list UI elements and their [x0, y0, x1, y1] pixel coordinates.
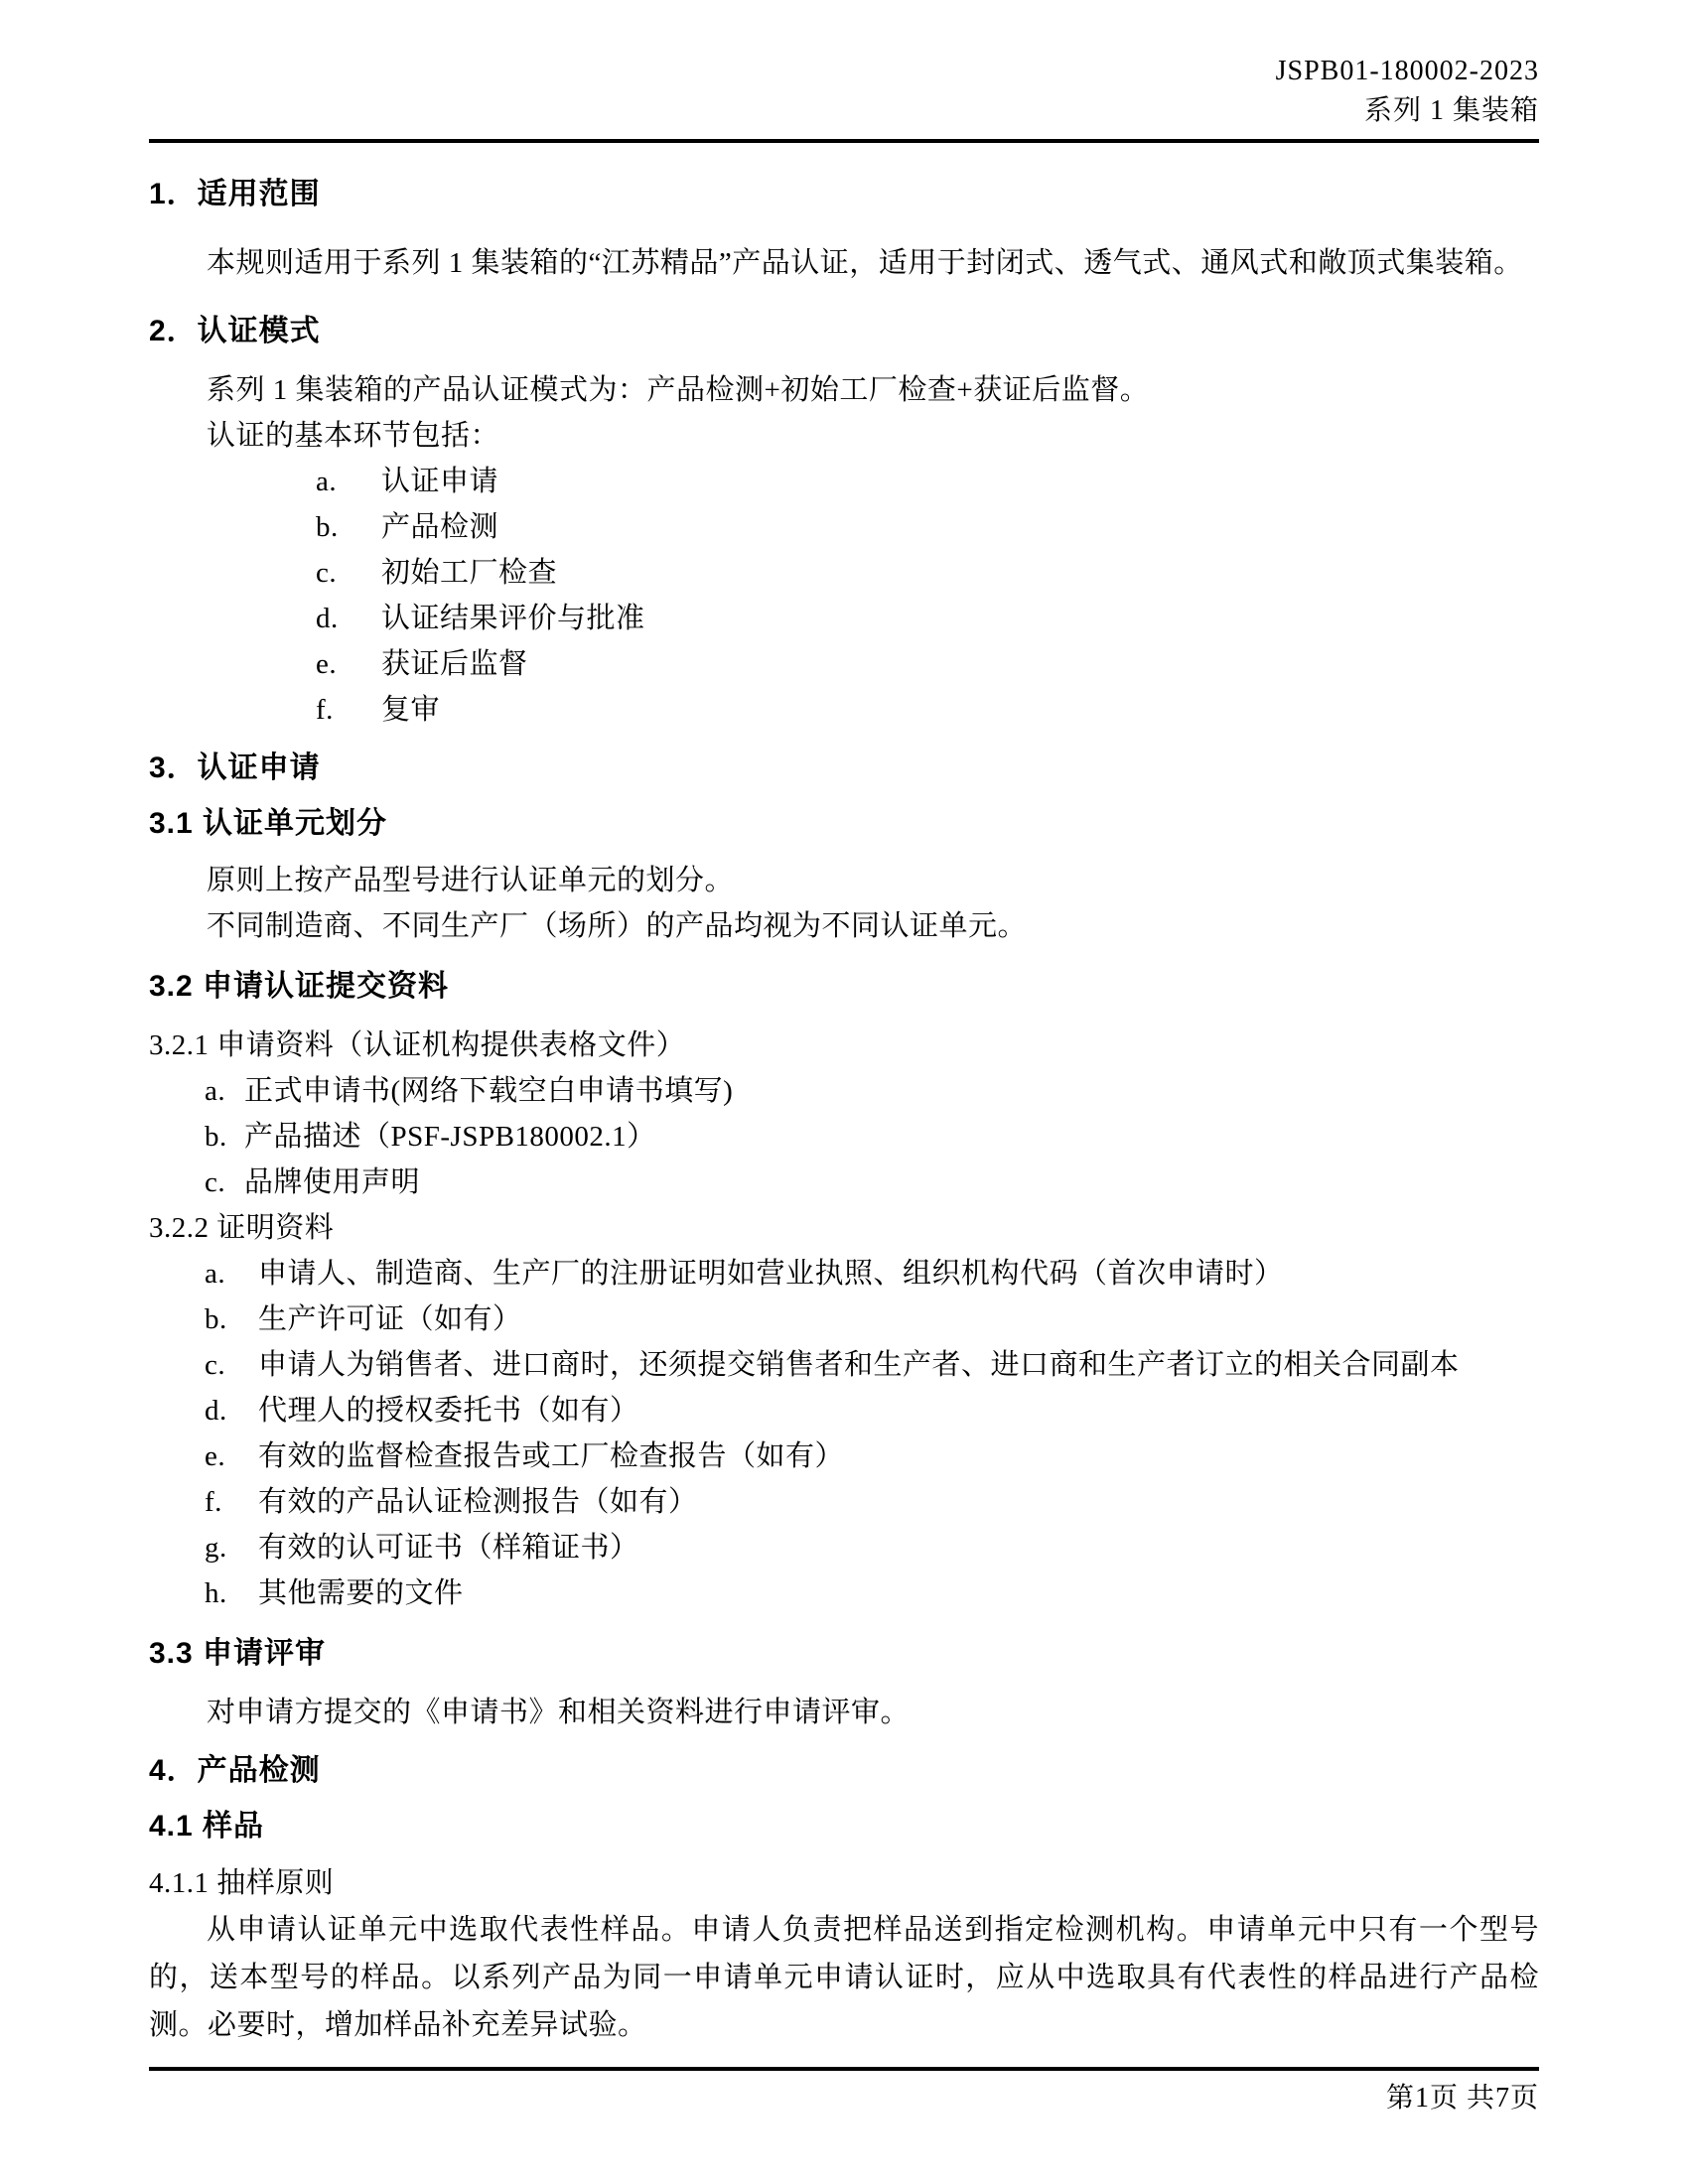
item-letter: a. — [205, 1068, 244, 1114]
section-3-3-heading: 3.3 申请评审 — [149, 1634, 1539, 1674]
list-item: c. 申请人为销售者、进口商时，还须提交销售者和生产者、进口商和生产者订立的相关… — [205, 1342, 1539, 1388]
item-letter: f. — [316, 687, 381, 733]
application-docs-list: a. 正式申请书(网络下载空白申请书填写) b. 产品描述（PSF-JSPB18… — [149, 1068, 1539, 1205]
item-letter: b. — [205, 1114, 244, 1160]
list-item: e. 有效的监督检查报告或工厂检查报告（如有） — [205, 1433, 1539, 1479]
item-text: 有效的产品认证检测报告（如有） — [258, 1479, 1539, 1525]
item-letter: e. — [316, 641, 381, 687]
section-3-3-paragraph: 对申请方提交的《申请书》和相关资料进行申请评审。 — [149, 1690, 1539, 1735]
section-3-1-heading: 3.1 认证单元划分 — [149, 804, 1539, 844]
list-item: e. 获证后监督 — [316, 641, 1539, 687]
item-letter: c. — [316, 550, 381, 596]
item-letter: d. — [316, 596, 381, 641]
document-page: JSPB01-180002-2023 系列 1 集装箱 1．适用范围 本规则适用… — [0, 0, 1688, 2184]
item-text: 获证后监督 — [381, 641, 528, 687]
item-letter: c. — [205, 1342, 258, 1388]
certification-mode-line: 系列 1 集装箱的产品认证模式为：产品检测+初始工厂检查+获证后监督。 — [149, 367, 1539, 413]
section-1-paragraph: 本规则适用于系列 1 集装箱的“江苏精品”产品认证，适用于封闭式、透气式、通风式… — [149, 240, 1539, 286]
list-item: b. 生产许可证（如有） — [205, 1297, 1539, 1342]
item-letter: d. — [205, 1388, 258, 1433]
item-text: 认证申请 — [381, 459, 498, 504]
doc-code: JSPB01-180002-2023 — [149, 52, 1539, 91]
list-item: f. 有效的产品认证检测报告（如有） — [205, 1479, 1539, 1525]
proof-docs-list: a. 申请人、制造商、生产厂的注册证明如营业执照、组织机构代码（首次申请时） b… — [149, 1251, 1539, 1616]
list-item: b. 产品检测 — [316, 504, 1539, 550]
list-item: c. 品牌使用声明 — [205, 1160, 1539, 1205]
footer-divider — [149, 2067, 1539, 2071]
item-text: 品牌使用声明 — [244, 1160, 420, 1205]
section-1-heading: 1．适用范围 — [149, 175, 1539, 214]
section-2-heading: 2．认证模式 — [149, 312, 1539, 351]
section-3-2-heading: 3.2 申请认证提交资料 — [149, 967, 1539, 1007]
item-letter: g. — [205, 1525, 258, 1570]
list-item: b. 产品描述（PSF-JSPB180002.1） — [205, 1114, 1539, 1160]
item-text: 代理人的授权委托书（如有） — [258, 1388, 1539, 1433]
section-3-2-2-heading: 3.2.2 证明资料 — [149, 1205, 1539, 1251]
doc-series: 系列 1 集装箱 — [149, 91, 1539, 131]
item-text: 认证结果评价与批准 — [381, 596, 645, 641]
item-text: 初始工厂检查 — [381, 550, 557, 596]
item-letter: a. — [316, 459, 381, 504]
list-item: h. 其他需要的文件 — [205, 1570, 1539, 1616]
list-item: d. 认证结果评价与批准 — [316, 596, 1539, 641]
sampling-principle-paragraph: 从申请认证单元中选取代表性样品。申请人负责把样品送到指定检测机构。申请单元中只有… — [149, 1906, 1539, 2049]
item-text: 其他需要的文件 — [258, 1570, 1539, 1616]
list-item: d. 代理人的授权委托书（如有） — [205, 1388, 1539, 1433]
item-text: 产品检测 — [381, 504, 498, 550]
section-4-heading: 4．产品检测 — [149, 1751, 1539, 1791]
page-number: 第1页 共7页 — [149, 2079, 1539, 2118]
steps-intro-line: 认证的基本环节包括： — [149, 413, 1539, 459]
item-text: 有效的认可证书（样箱证书） — [258, 1525, 1539, 1570]
list-item: g. 有效的认可证书（样箱证书） — [205, 1525, 1539, 1570]
section-4-1-1-heading: 4.1.1 抽样原则 — [149, 1860, 1539, 1906]
header-divider — [149, 139, 1539, 143]
item-text: 生产许可证（如有） — [258, 1297, 1539, 1342]
item-text: 正式申请书(网络下载空白申请书填写) — [244, 1068, 733, 1114]
item-letter: e. — [205, 1433, 258, 1479]
item-letter: b. — [316, 504, 381, 550]
item-text: 申请人、制造商、生产厂的注册证明如营业执照、组织机构代码（首次申请时） — [258, 1251, 1539, 1297]
certification-steps-list: a. 认证申请 b. 产品检测 c. 初始工厂检查 d. 认证结果评价与批准 e… — [149, 459, 1539, 733]
item-text: 申请人为销售者、进口商时，还须提交销售者和生产者、进口商和生产者订立的相关合同副… — [258, 1342, 1539, 1388]
list-item: a. 申请人、制造商、生产厂的注册证明如营业执照、组织机构代码（首次申请时） — [205, 1251, 1539, 1297]
section-3-heading: 3．认证申请 — [149, 749, 1539, 788]
section-3-1-paragraph-1: 原则上按产品型号进行认证单元的划分。 — [149, 858, 1539, 903]
section-4-1-heading: 4.1 样品 — [149, 1807, 1539, 1846]
section-3-1-paragraph-2: 不同制造商、不同生产厂（场所）的产品均视为不同认证单元。 — [149, 903, 1539, 949]
list-item: a. 认证申请 — [316, 459, 1539, 504]
item-letter: a. — [205, 1251, 258, 1297]
list-item: c. 初始工厂检查 — [316, 550, 1539, 596]
item-letter: b. — [205, 1297, 258, 1342]
list-item: f. 复审 — [316, 687, 1539, 733]
item-text: 有效的监督检查报告或工厂检查报告（如有） — [258, 1433, 1539, 1479]
item-letter: h. — [205, 1570, 258, 1616]
section-3-2-1-heading: 3.2.1 申请资料（认证机构提供表格文件） — [149, 1023, 1539, 1068]
page-header: JSPB01-180002-2023 系列 1 集装箱 — [149, 0, 1539, 131]
page-footer: 第1页 共7页 — [149, 2067, 1539, 2118]
item-text: 复审 — [381, 687, 440, 733]
item-letter: f. — [205, 1479, 258, 1525]
item-letter: c. — [205, 1160, 244, 1205]
list-item: a. 正式申请书(网络下载空白申请书填写) — [205, 1068, 1539, 1114]
item-text: 产品描述（PSF-JSPB180002.1） — [244, 1114, 656, 1160]
page-content: JSPB01-180002-2023 系列 1 集装箱 1．适用范围 本规则适用… — [149, 0, 1539, 2049]
